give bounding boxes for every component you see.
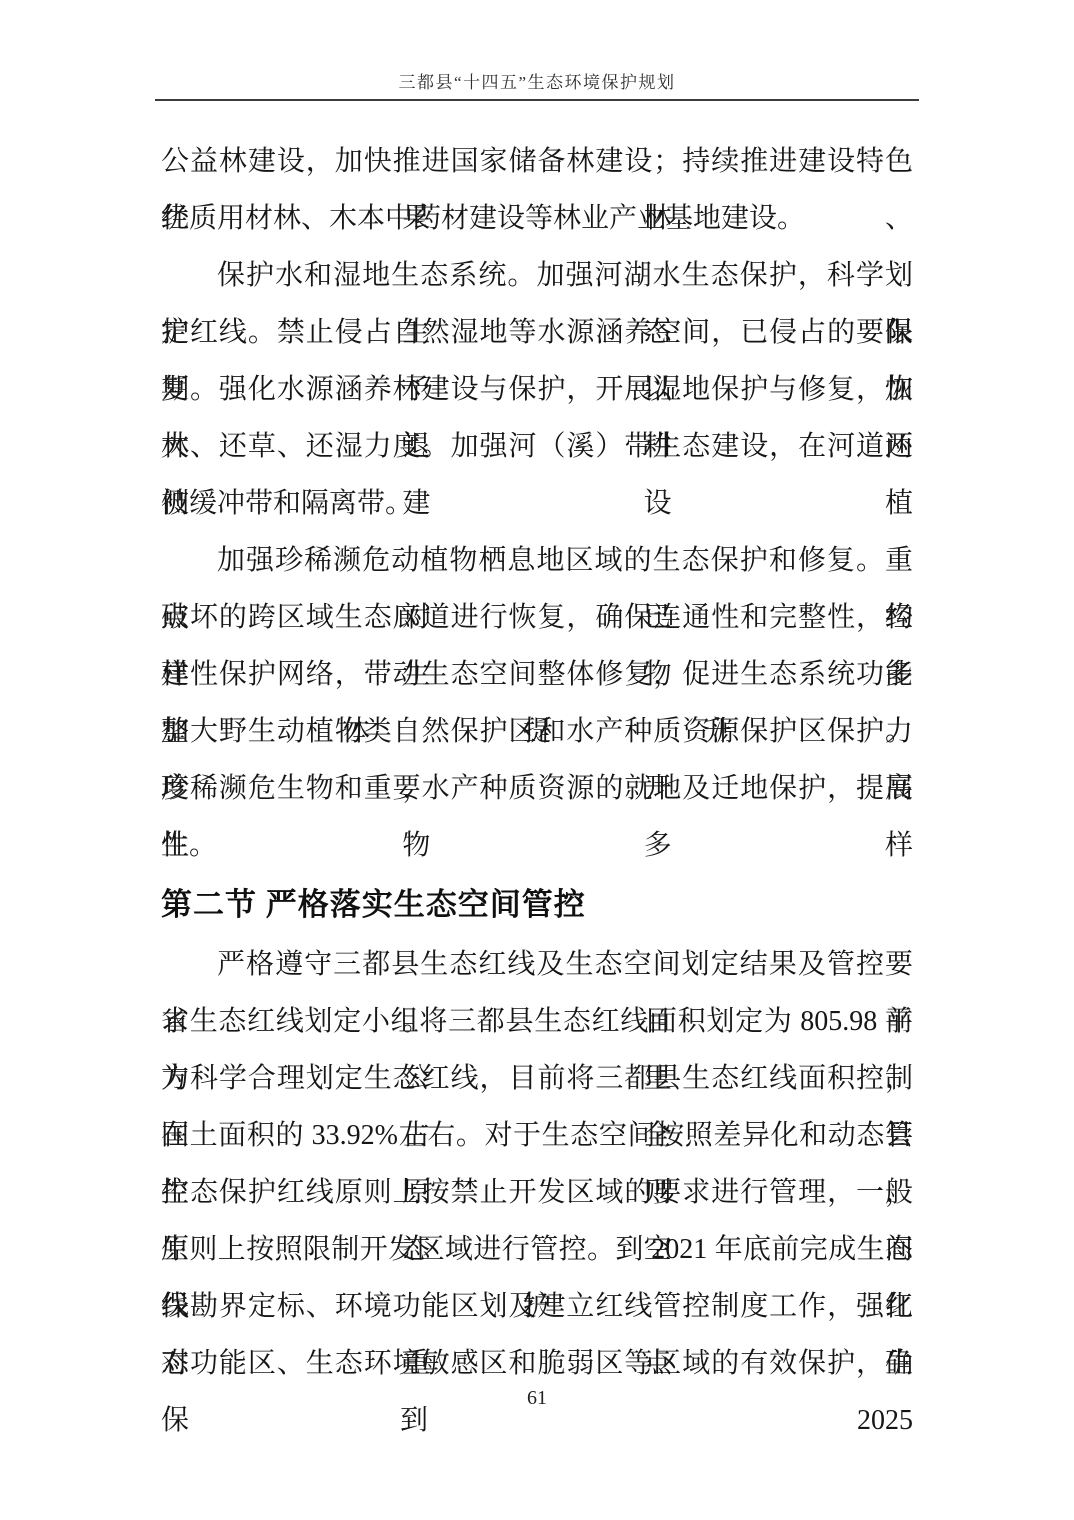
text-line: 复。强化水源涵养林建设与保护，开展湿地保护与修复，加大退耕还 (161, 361, 913, 418)
text-line: 保护水和湿地生态系统。加强河湖水生态保护，科学划定生态保 (161, 247, 913, 304)
text-line: 态功能区、生态环境敏感区和脆弱区等区域的有效保护，确保到 2025 (161, 1335, 913, 1392)
text-line: 样性保护网络，带动生态空间整体修复，促进生态系统功能整体提升。 (161, 646, 913, 703)
document-body: 公益林建设，加快推进国家储备林建设；持续推进建设特色经果林、 优质用材林、木本中… (161, 133, 913, 1392)
text-line: 生态保护红线原则上按禁止开发区域的要求进行管理，一般生态空间 (161, 1164, 913, 1221)
text-line: 公益林建设，加快推进国家储备林建设；持续推进建设特色经果林、 (161, 133, 913, 190)
text-line: 加强珍稀濒危动植物栖息地区域的生态保护和修复。重点对已经 (161, 532, 913, 589)
text-line: 破坏的跨区域生态廊道进行恢复，确保连通性和完整性，构建生物多 (161, 589, 913, 646)
page-footer: 61 (0, 1386, 1074, 1410)
text-line: 加大野生动植物类自然保护区和水产种质资源保护区保护力度，开展 (161, 703, 913, 760)
header-title: 三都县“十四五”生态环境保护规划 (155, 70, 919, 96)
text-line: 国土面积的 33.92%左右。对于生态空间按照差异化和动态管控原则， (161, 1107, 913, 1164)
text-line: 珍稀濒危生物和重要水产种质资源的就地及迁地保护，提高生物多样 (161, 760, 913, 817)
text-line: 原则上按照限制开发区域进行管控。到 2021 年底前完成生态保护红 (161, 1221, 913, 1278)
text-line: 严格遵守三都县生态红线及生态空间划定结果及管控要求。目前 (161, 936, 913, 993)
page-header: 三都县“十四五”生态环境保护规划 (155, 70, 919, 101)
page-number: 61 (527, 1387, 547, 1409)
document-page: 三都县“十四五”生态环境保护规划 公益林建设，加快推进国家储备林建设；持续推进建… (0, 0, 1074, 1520)
text-line: 为科学合理划定生态红线，目前将三都县生态红线面积控制在占全县 (161, 1050, 913, 1107)
text-line: 省生态红线划定小组将三都县生态红线面积划定为 805.98 平方公里， (161, 993, 913, 1050)
text-line: 护红线。禁止侵占自然湿地等水源涵养空间，已侵占的要限期予以恢 (161, 304, 913, 361)
header-rule (155, 99, 919, 101)
section-heading: 第二节 严格落实生态空间管控 (161, 874, 913, 936)
text-line: 林、还草、还湿力度。加强河（溪）带生态建设，在河道两侧建设植 (161, 418, 913, 475)
text-line: 优质用材林、木本中药材建设等林业产业基地建设。 (161, 190, 913, 247)
text-line: 线勘界定标、环境功能区划及建立红线管控制度工作，强化对重点生 (161, 1278, 913, 1335)
